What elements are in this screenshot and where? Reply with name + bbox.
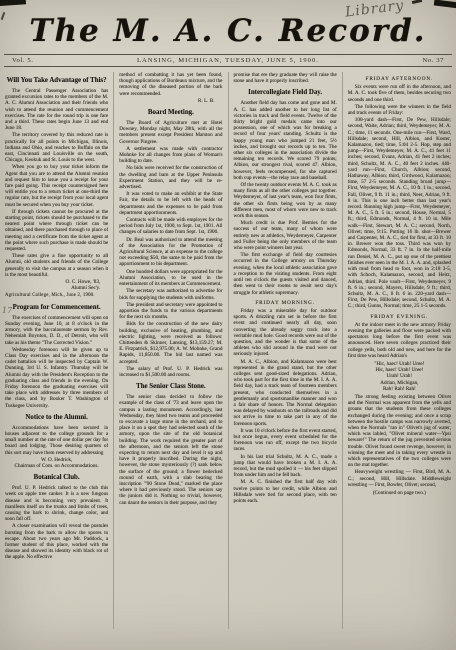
article-paragraph: In his last trial Schultz, M. A. C., mad… <box>234 454 337 479</box>
article-paragraph: M. A. C. finished the first half day wit… <box>234 479 337 504</box>
article-paragraph: It was 10 o'clock before the first event… <box>234 428 337 453</box>
article-paragraph: If through tickets cannot be procured at… <box>5 209 108 252</box>
article-columns: Will You Take Advantage of This?The Cent… <box>5 72 451 629</box>
article-heading: Board Meeting. <box>119 109 222 117</box>
article-paragraph: It was voted to make an exhibit at the S… <box>119 191 222 216</box>
date-note: Agricultural College, Mich., June 2, 190… <box>5 293 108 299</box>
article-paragraph-continued: promise that ere they graduate they will… <box>234 72 337 84</box>
article-paragraph: One hundred dollars were appropriated fo… <box>119 269 222 288</box>
column-1: Will You Take Advantage of This?The Cent… <box>5 72 108 629</box>
signature-centered: W. O. Hedrick, Chairman of Com. on Accom… <box>5 457 108 469</box>
article-paragraph: The secretary was authorized to advertis… <box>119 288 222 300</box>
article-heading: Notice to the Alumni. <box>5 414 108 422</box>
article-paragraph: The following were the winners in the fi… <box>348 104 451 116</box>
college-yell-verse: "Hic, haec! Urah! Uree! Hic, haec! Urah!… <box>348 361 451 392</box>
article-heading: Will You Take Advantage of This? <box>5 77 108 85</box>
article-paragraph: 100-yard dash—First, De Pew, Hillsdale; … <box>348 117 451 309</box>
section-subheading: FRIDAY MORNING. <box>234 300 337 306</box>
article-paragraph: The strong feeling existing between Oliv… <box>348 394 451 468</box>
article-paragraph: Of the twenty outdoor events M. A. C. to… <box>234 182 337 219</box>
volume-label: Vol. 5. <box>12 57 33 64</box>
scan-smudge-top-right-2 <box>412 0 422 4</box>
article-heading: Program for Commencement. <box>5 304 108 312</box>
article-paragraph: The senior class decided to follow the e… <box>119 394 222 506</box>
article-paragraph: Wednesday forenoon will be given up to C… <box>5 347 108 409</box>
article-heading: Intercollegiate Field Day. <box>234 89 337 97</box>
pencil-margin-note: 17 <box>2 306 12 315</box>
newspaper-page: Library 17 The M. A. C. Record. Vol. 5. … <box>0 0 456 650</box>
article-paragraph: Bids for the construction of the new dai… <box>119 321 222 364</box>
page-title: The M. A. C. Record. <box>0 14 456 48</box>
article-paragraph: A settlement was made with contractor Mo… <box>119 146 222 165</box>
article-paragraph: When you go to buy your ticket inform th… <box>5 164 108 207</box>
dateline: LANSING, MICHIGAN, TUESDAY, JUNE 5, 1900… <box>137 57 319 64</box>
article-paragraph: Another field day has come and gone and … <box>234 100 337 181</box>
article-paragraph: Friday was a miserable day for outdoor s… <box>234 308 337 358</box>
article-paragraph: Accommodations have been secured in hous… <box>5 425 108 456</box>
issue-number: No. 37 <box>422 57 444 64</box>
article-paragraph: The territory covered by this reduced ra… <box>5 132 108 163</box>
article-paragraph: Contracts will be made with employes for… <box>119 217 222 236</box>
article-paragraph: The salary of Prof. U. P. Hedrick was in… <box>119 366 222 378</box>
article-paragraph: A closer examination will reveal the pus… <box>5 523 108 560</box>
section-subheading: FRIDAY AFTERNOON. <box>348 76 451 82</box>
dateline-bar: Vol. 5. LANSING, MICHIGAN, TUESDAY, JUNE… <box>4 54 452 67</box>
scan-smudge-top-left <box>0 0 26 6</box>
article-paragraph: Prof. U. P. Hedrick talked to the club t… <box>5 485 108 522</box>
article-paragraph: At the indoor meet in the new armory Fri… <box>348 322 451 359</box>
article-paragraph-continued: method of combatting it has yet been fou… <box>119 72 222 97</box>
article-paragraph: Much credit is due Prof. Bemies for the … <box>234 220 337 251</box>
article-heading: The Senior Class Stone. <box>119 383 222 391</box>
article-paragraph: M. A. C., Albion, and Kalamazoo were bes… <box>234 359 337 427</box>
column-4: FRIDAY AFTERNOON.Six events were run off… <box>342 72 451 629</box>
signature: O. C. Howe, '83, Alumni Sec'y. <box>5 279 108 291</box>
article-paragraph: Dr. Beal was authorized to attend the me… <box>119 237 222 268</box>
column-2: method of combatting it has yet been fou… <box>113 72 222 629</box>
article-paragraph: These rates give a fine opportunity to a… <box>5 253 108 278</box>
article-paragraph: The president and secretary were appoint… <box>119 302 222 321</box>
signature: R. L. B. <box>119 98 222 104</box>
article-paragraph: No bids were received for the constructi… <box>119 165 222 190</box>
article-paragraph: The Board of Agriculture met at Hotel Do… <box>119 120 222 145</box>
scan-smudge-top-right <box>434 0 456 9</box>
article-paragraph: The first exchange of field day courtesi… <box>234 252 337 295</box>
article-paragraph: Heavyweight wrestling — First, Bird, M. … <box>348 469 451 488</box>
article-heading: Botanical Club. <box>5 474 108 482</box>
continued-notice: (Continued on page two.) <box>348 490 451 496</box>
article-paragraph: Six events were run off in the afternoon… <box>348 84 451 103</box>
article-paragraph: The exercises of commencement will open … <box>5 315 108 346</box>
section-subheading: FRIDAY EVENING. <box>348 314 451 320</box>
column-3: promise that ere they graduate they will… <box>228 72 337 629</box>
article-paragraph: The Central Passenger Association has gr… <box>5 88 108 131</box>
